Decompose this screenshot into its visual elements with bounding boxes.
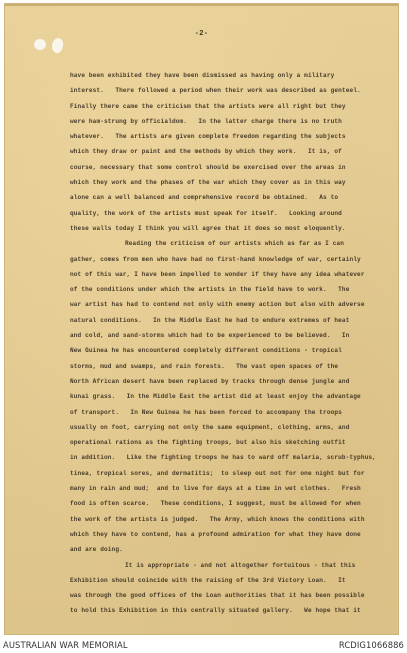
- text-line: which they draw or paint and the methods…: [70, 144, 390, 159]
- paragraph: It is appropriate - and not altogether f…: [70, 558, 390, 619]
- text-line: and are doing.: [70, 542, 390, 557]
- text-line: have been exhibited they have been dismi…: [70, 68, 390, 83]
- text-line: course, necessary that some control shou…: [70, 160, 390, 175]
- text-line: New Guinea he has encountered completely…: [70, 343, 390, 358]
- text-line: interest. There followed a period when t…: [70, 83, 390, 98]
- text-line: tinea, tropical sores, and dermatitis; t…: [70, 466, 390, 481]
- text-line: kunai grass. In the Middle East the arti…: [70, 389, 390, 404]
- text-line: storms, mud and swamps, and rain forests…: [70, 359, 390, 374]
- paragraph: Reading the criticism of our artists whi…: [70, 236, 390, 557]
- punch-hole: [34, 39, 46, 50]
- text-line: quality, the work of the artists must sp…: [70, 206, 390, 221]
- text-line: of the conditions under which the artist…: [70, 282, 390, 297]
- text-line: in addition. Like the fighting troops he…: [70, 450, 390, 465]
- text-line: food is often scarce. These conditions, …: [70, 496, 390, 511]
- text-line: Finally there came the criticism that th…: [70, 99, 390, 114]
- text-line: Exhibition should coincide with the rais…: [70, 573, 390, 588]
- page-number: -2-: [5, 30, 398, 38]
- text-line: was through the good offices of the Loan…: [70, 588, 390, 603]
- text-line: and cold, and sand-storms which had to b…: [70, 328, 390, 343]
- text-line: usually on foot, carrying not only the s…: [70, 420, 390, 435]
- text-line: not of this war, I have been impelled to…: [70, 267, 390, 282]
- punch-hole: [50, 37, 65, 55]
- archive-footer: AUSTRALIAN WAR MEMORIAL RCDIG1066886: [0, 636, 407, 653]
- text-line: operational rations as the fighting troo…: [70, 435, 390, 450]
- institution-name: AUSTRALIAN WAR MEMORIAL: [3, 640, 128, 650]
- text-line: of transport. In New Guinea he has been …: [70, 405, 390, 420]
- paper-edge: [5, 4, 398, 6]
- document-page: -2- have been exhibited they have been d…: [5, 4, 398, 634]
- paragraph: have been exhibited they have been dismi…: [70, 68, 390, 236]
- text-line: war artist has had to contend not only w…: [70, 297, 390, 312]
- text-line: natural conditions. In the Middle East h…: [70, 313, 390, 328]
- typewritten-body: have been exhibited they have been dismi…: [70, 68, 390, 619]
- text-line: It is appropriate - and not altogether f…: [70, 558, 390, 573]
- text-line: the work of the artists is judged. The A…: [70, 512, 390, 527]
- text-line: to hold this Exhibition in this centrall…: [70, 603, 390, 618]
- text-line: were ham-strung by officialdom. In the l…: [70, 114, 390, 129]
- text-line: which they have to contend, has a profou…: [70, 527, 390, 542]
- text-line: Reading the criticism of our artists whi…: [70, 236, 390, 251]
- text-line: North African desert have been replaced …: [70, 374, 390, 389]
- text-line: which they work and the phases of the wa…: [70, 175, 390, 190]
- text-line: these walls today I think you will agree…: [70, 221, 390, 236]
- text-line: alone can a well balanced and comprehens…: [70, 190, 390, 205]
- text-line: gather, comes from men who have had no f…: [70, 252, 390, 267]
- text-line: whatever. The artists are given complete…: [70, 129, 390, 144]
- record-id: RCDIG1066886: [339, 640, 404, 650]
- text-line: many in rain and mud; and to live for da…: [70, 481, 390, 496]
